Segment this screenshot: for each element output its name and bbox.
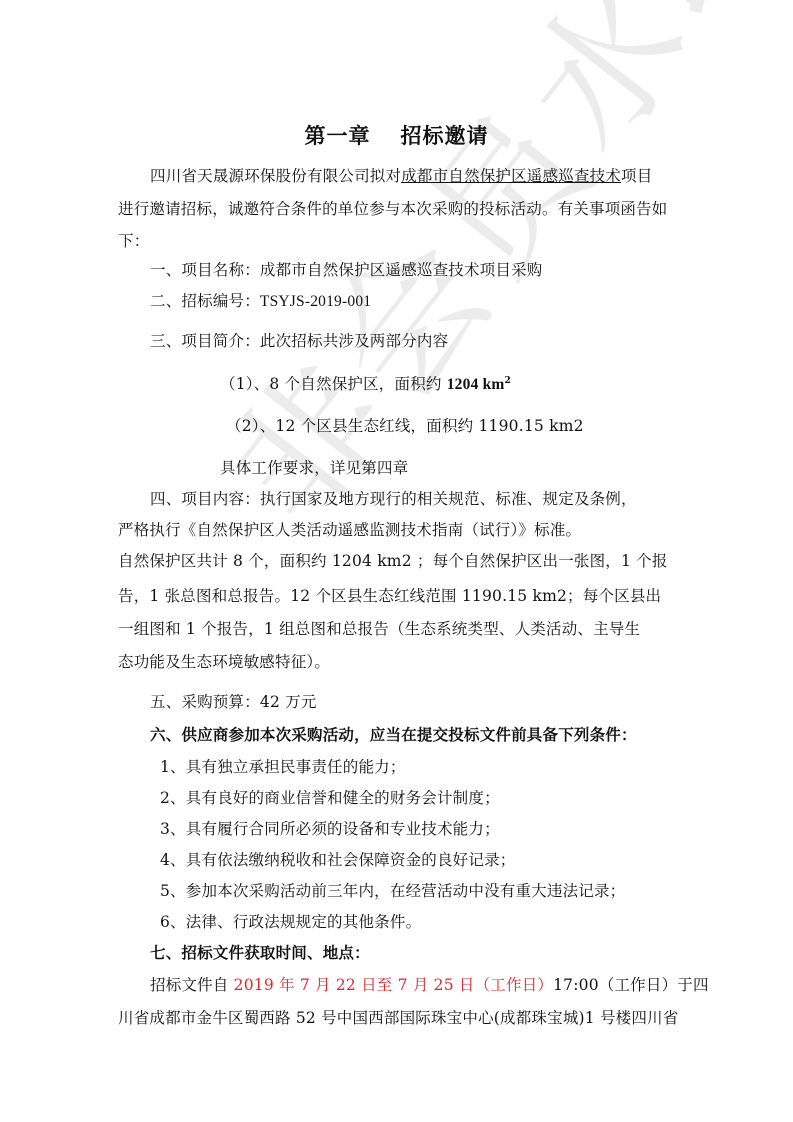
s7-suffix: 17:00（工作日）于四	[553, 976, 709, 994]
intro-suffix: 项目	[621, 167, 652, 185]
condition-item-5: 5、参加本次采购活动前三年内，在经营活动中没有重大违法记录；	[160, 881, 625, 901]
condition-item-4: 4、具有依法缴纳税收和社会保障资金的良好记录；	[160, 850, 515, 870]
condition-item-1: 1、具有独立承担民事责任的能力；	[160, 757, 406, 777]
s7-prefix: 招标文件自	[150, 976, 234, 994]
section-2-label: 二、招标编号：	[150, 292, 260, 310]
section-4-line-5: 一组图和 1 个报告，1 组总图和总报告（生态系统类型、人类活动、主导生	[118, 619, 640, 639]
section-4-line-6: 态功能及生态环境敏感特征）。	[118, 652, 330, 672]
section-3-item-1: （1）、8 个自然保护区，面积约 1204 km2	[220, 374, 511, 395]
watermark: 非会员水印	[170, 0, 793, 563]
section-3-item-2: （2）、12 个区县生态红线，面积约 1190.15 km2	[226, 416, 584, 436]
section-1: 一、项目名称：成都市自然保护区遥感巡查技术项目采购	[150, 260, 543, 280]
chapter-title: 第一章招标邀请	[0, 120, 793, 150]
section-7-line-2: 川省成都市金牛区蜀西路 52 号中国西部国际珠宝中心(成都珠宝城)1 号楼四川省	[118, 1008, 678, 1028]
s7-date-range: 2019 年 7 月 22 日至 7 月 25 日（工作日）	[234, 976, 553, 994]
section-7-heading: 七、招标文件获取时间、地点：	[150, 943, 370, 963]
section-3-note: 具体工作要求，详见第四章	[220, 458, 408, 478]
condition-item-2: 2、具有良好的商业信誉和健全的财务会计制度；	[160, 788, 500, 808]
section-4-line-4: 告，1 张总图和总报告。12 个区县生态红线范围 1190.15 km2；每个区…	[118, 586, 661, 606]
item-1-area: 1204 km	[447, 376, 505, 393]
chapter-number: 第一章	[305, 123, 371, 148]
document-page: 非会员水印 第一章招标邀请 四川省天晟源环保股份有限公司拟对成都市自然保护区遥感…	[0, 0, 793, 1122]
intro-prefix: 四川省天晟源环保股份有限公司拟对	[150, 167, 401, 185]
section-3: 三、项目简介：此次招标共涉及两部分内容	[150, 331, 448, 351]
section-6-heading: 六、供应商参加本次采购活动，应当在提交投标文件前具备下列条件：	[150, 725, 637, 745]
item-1-superscript: 2	[505, 376, 511, 386]
chapter-heading: 招标邀请	[401, 123, 489, 148]
section-4-line-3: 自然保护区共计 8 个，面积约 1204 km2 ；每个自然保护区出一张图，1 …	[118, 551, 668, 571]
item-1-text: （1）、8 个自然保护区，面积约	[220, 375, 447, 393]
condition-item-6: 6、法律、行政法规规定的其他条件。	[160, 912, 421, 932]
project-name-underlined: 成都市自然保护区遥感巡查技术	[401, 167, 621, 185]
intro-line-1: 四川省天晟源环保股份有限公司拟对成都市自然保护区遥感巡查技术项目	[150, 166, 652, 186]
intro-line-2: 进行邀请招标，诚邀符合条件的单位参与本次采购的投标活动。有关事项函告如	[118, 199, 668, 219]
section-4-line-2: 严格执行《自然保护区人类活动遥感监测技术指南（试行）》标准。	[118, 520, 581, 540]
section-7-line-1: 招标文件自 2019 年 7 月 22 日至 7 月 25 日（工作日）17:0…	[150, 975, 709, 995]
condition-item-3: 3、具有履行合同所必须的设备和专业技术能力；	[160, 819, 500, 839]
section-4-line-1: 四、项目内容：执行国家及地方现行的相关规范、标准、规定及条例，	[150, 489, 637, 509]
tender-number: TSYJS-2019-001	[260, 293, 371, 310]
intro-line-3: 下：	[118, 231, 149, 251]
section-5: 五、采购预算：42 万元	[150, 692, 317, 712]
section-2: 二、招标编号：TSYJS-2019-001	[150, 291, 371, 312]
